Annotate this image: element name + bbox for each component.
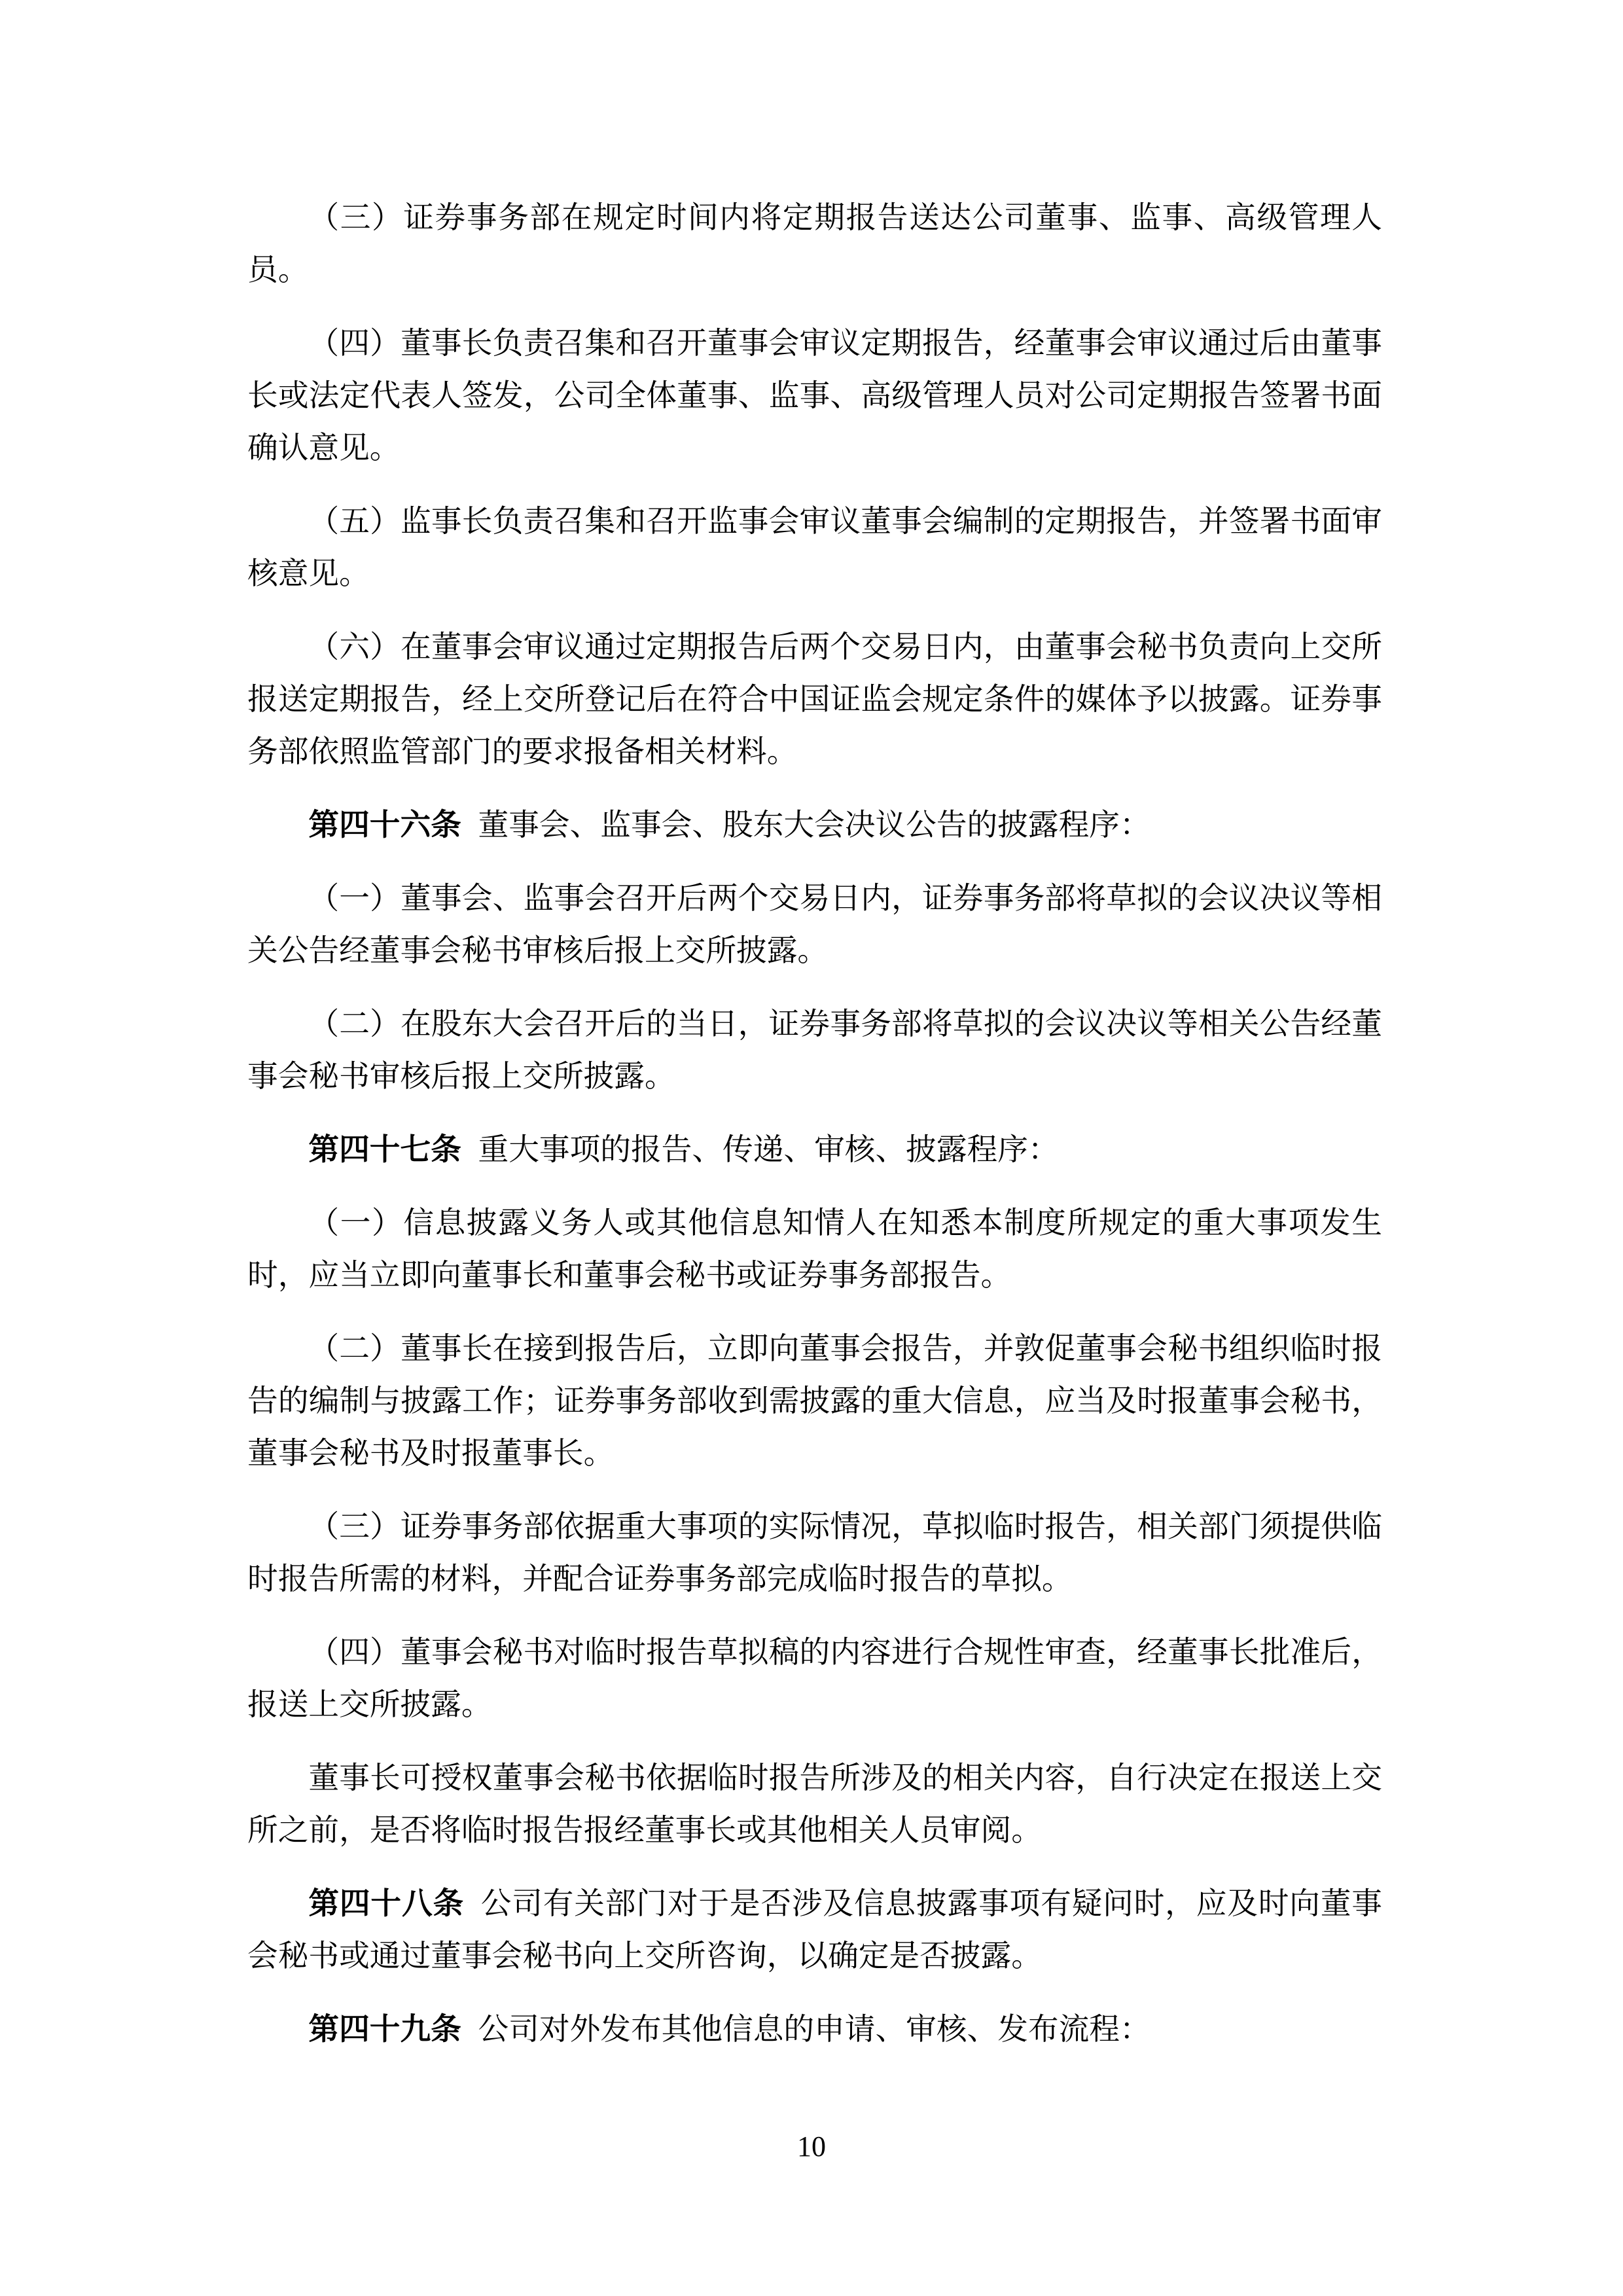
body-paragraph: （四）董事长负责召集和召开董事会审议定期报告，经董事会审议通过后由董事长或法定代… [247,317,1382,475]
paragraph-text: （三）证券事务部依据重大事项的实际情况，草拟临时报告，相关部门须提供临时报告所需… [247,1510,1382,1596]
paragraph-text: 董事长可授权董事会秘书依据临时报告所涉及的相关内容，自行决定在报送上交所之前，是… [247,1761,1382,1848]
body-paragraph: 董事长可授权董事会秘书依据临时报告所涉及的相关内容，自行决定在报送上交所之前，是… [247,1752,1382,1857]
article-paragraph: 第四十七条重大事项的报告、传递、审核、披露程序： [247,1124,1382,1176]
paragraph-text: （一）信息披露义务人或其他信息知情人在知悉本制度所规定的重大事项发生时，应当立即… [247,1206,1382,1293]
paragraph-text: （三）证券事务部在规定时间内将定期报告送达公司董事、监事、高级管理人员。 [247,201,1382,287]
article-number: 第四十九条 [308,2013,461,2047]
paragraph-text: （六）在董事会审议通过定期报告后两个交易日内，由董事会秘书负责向上交所报送定期报… [247,630,1382,769]
document-body: （三）证券事务部在规定时间内将定期报告送达公司董事、监事、高级管理人员。（四）董… [247,192,1382,2077]
paragraph-text: 重大事项的报告、传递、审核、披露程序： [478,1133,1059,1167]
paragraph-text: 董事会、监事会、股东大会决议公告的披露程序： [478,808,1150,842]
article-paragraph: 第四十六条董事会、监事会、股东大会决议公告的披露程序： [247,799,1382,852]
paragraph-text: （一）董事会、监事会召开后两个交易日内，证券事务部将草拟的会议决议等相关公告经董… [247,882,1382,968]
article-paragraph: 第四十九条公司对外发布其他信息的申请、审核、发布流程： [247,2003,1382,2056]
document-page: （三）证券事务部在规定时间内将定期报告送达公司董事、监事、高级管理人员。（四）董… [0,0,1623,2296]
article-number: 第四十六条 [308,808,461,842]
paragraph-text: （五）监事长负责召集和召开监事会审议董事会编制的定期报告，并签署书面审核意见。 [247,505,1382,591]
body-paragraph: （三）证券事务部在规定时间内将定期报告送达公司董事、监事、高级管理人员。 [247,192,1382,296]
body-paragraph: （二）在股东大会召开后的当日，证券事务部将草拟的会议决议等相关公告经董事会秘书审… [247,998,1382,1103]
body-paragraph: （六）在董事会审议通过定期报告后两个交易日内，由董事会秘书负责向上交所报送定期报… [247,621,1382,778]
article-number: 第四十八条 [308,1887,464,1921]
body-paragraph: （一）信息披露义务人或其他信息知情人在知悉本制度所规定的重大事项发生时，应当立即… [247,1197,1382,1302]
body-paragraph: （二）董事长在接到报告后，立即向董事会报告，并敦促董事会秘书组织临时报告的编制与… [247,1323,1382,1480]
body-paragraph: （五）监事长负责召集和召开监事会审议董事会编制的定期报告，并签署书面审核意见。 [247,495,1382,600]
page-number: 10 [0,2128,1623,2165]
paragraph-text: （四）董事长负责召集和召开董事会审议定期报告，经董事会审议通过后由董事长或法定代… [247,327,1382,465]
article-paragraph: 第四十八条公司有关部门对于是否涉及信息披露事项有疑问时，应及时向董事会秘书或通过… [247,1878,1382,1982]
body-paragraph: （四）董事会秘书对临时报告草拟稿的内容进行合规性审查，经董事长批准后，报送上交所… [247,1626,1382,1731]
paragraph-text: （二）在股东大会召开后的当日，证券事务部将草拟的会议决议等相关公告经董事会秘书审… [247,1007,1382,1094]
body-paragraph: （一）董事会、监事会召开后两个交易日内，证券事务部将草拟的会议决议等相关公告经董… [247,872,1382,977]
body-paragraph: （三）证券事务部依据重大事项的实际情况，草拟临时报告，相关部门须提供临时报告所需… [247,1501,1382,1605]
paragraph-text: （四）董事会秘书对临时报告草拟稿的内容进行合规性审查，经董事长批准后，报送上交所… [247,1636,1382,1722]
paragraph-text: （二）董事长在接到报告后，立即向董事会报告，并敦促董事会秘书组织临时报告的编制与… [247,1332,1382,1471]
paragraph-text: 公司对外发布其他信息的申请、审核、发布流程： [478,2013,1150,2047]
article-number: 第四十七条 [308,1133,461,1167]
